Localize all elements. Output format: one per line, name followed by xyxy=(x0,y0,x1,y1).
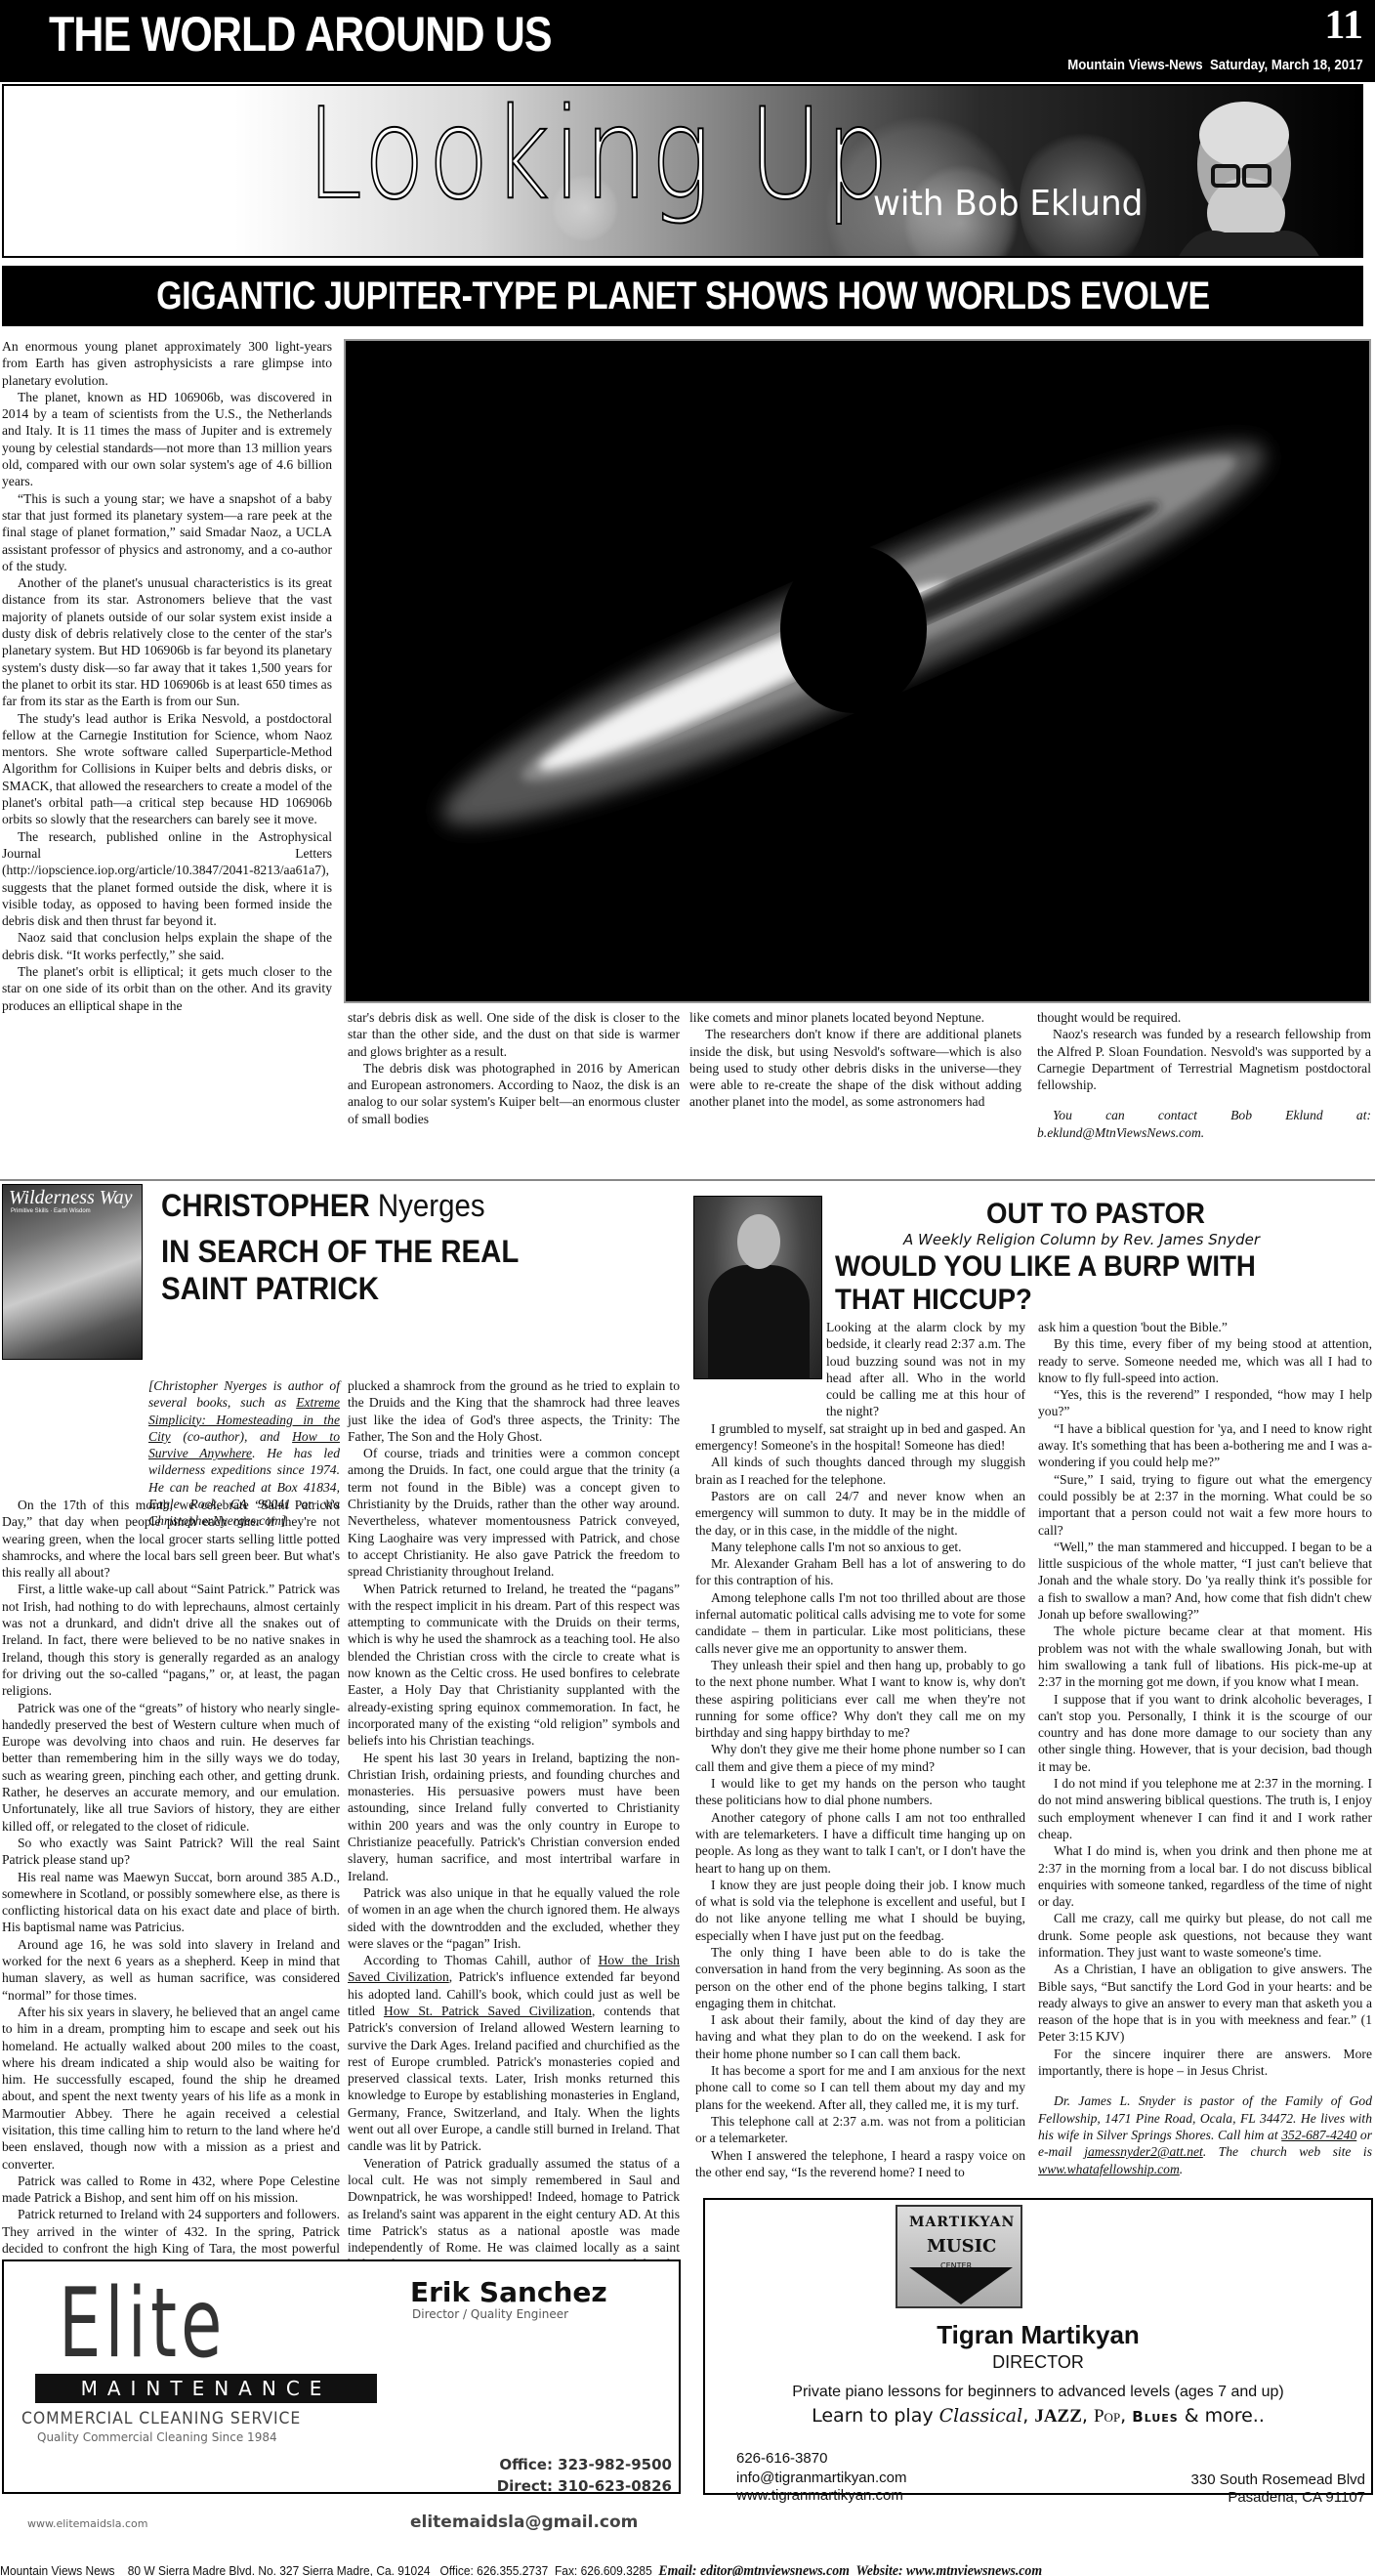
paragraph: So who exactly was Saint Patrick? Will t… xyxy=(2,1835,340,1869)
columnist-name: CHRISTOPHER Nyerges xyxy=(161,1188,485,1224)
paragraph: The study's lead author is Erika Nesvold… xyxy=(2,710,332,828)
snyder-column-1: Looking at the alarm clock by my bedside… xyxy=(695,1319,1025,2180)
paragraph-text: According to Thomas Cahill, author of xyxy=(363,1953,599,1967)
lead-headline-bar: GIGANTIC JUPITER-TYPE PLANET SHOWS HOW W… xyxy=(2,266,1363,326)
martikyan-email: info@tigranmartikyan.com xyxy=(736,2470,906,2486)
bob-eklund-portrait xyxy=(1137,96,1322,258)
paragraph: The whole picture became clear at that m… xyxy=(1038,1623,1372,1690)
martikyan-styles: Learn to play Classical, JAZZ, Pop, Blue… xyxy=(703,2405,1373,2428)
logo-piano-keys xyxy=(909,2267,1013,2304)
martikyan-address-line1: 330 South Rosemead Blvd xyxy=(1191,2471,1365,2488)
nyerges-column-1: On the 17th of this month, we celebrate … xyxy=(2,1497,340,2342)
paragraph: Looking at the alarm clock by my bedside… xyxy=(695,1319,1025,1420)
author-contact: You can contact Bob Eklund at: b.eklund@… xyxy=(1037,1107,1371,1141)
headline-line: THAT HICCUP? xyxy=(835,1284,1256,1317)
paragraph: “I have a biblical question for 'ya, and… xyxy=(1038,1420,1372,1471)
paragraph: like comets and minor planets located be… xyxy=(689,1009,1021,1026)
lead-article-column-3: like comets and minor planets located be… xyxy=(689,1009,1021,1111)
paragraph: The research, published online in the As… xyxy=(2,828,332,930)
elite-office-phone: Office: 323-982-9500 xyxy=(499,2456,672,2473)
footer-office-phone: Office: 626.355.2737 xyxy=(439,2563,548,2576)
paragraph: First, a little wake-up call about “Sain… xyxy=(2,1581,340,1699)
paragraph: ask him a question 'bout the Bible.” xyxy=(1038,1319,1372,1335)
elite-direct-phone: Direct: 310-623-0826 xyxy=(497,2477,672,2495)
paragraph: Another of the planet's unusual characte… xyxy=(2,574,332,709)
paragraph: When Patrick returned to Ireland, he tre… xyxy=(348,1581,680,1750)
martikyan-address-line2: Pasadena, CA 91107 xyxy=(1228,2489,1365,2506)
martikyan-description: Private piano lessons for beginners to a… xyxy=(703,2384,1373,2401)
lead-article-column-1: An enormous young planet approximately 3… xyxy=(2,338,332,1014)
wilderness-way-photo: Wilderness Way Primitive Skills · Earth … xyxy=(2,1184,143,1360)
martikyan-name: Tigran Martikyan xyxy=(703,2320,1373,2350)
headline-line: WOULD YOU LIKE A BURP WITH xyxy=(835,1250,1256,1284)
bio-text: . xyxy=(1180,2162,1183,2176)
paragraph: All kinds of such thoughts danced throug… xyxy=(695,1454,1025,1488)
paragraph: “Sure,” I said, trying to figure out wha… xyxy=(1038,1471,1372,1539)
author-bio: Dr. James L. Snyder is pastor of the Fam… xyxy=(1038,2092,1372,2176)
paragraph: The debris disk was photographed in 2016… xyxy=(348,1060,680,1127)
paragraph: The researchers don't know if there are … xyxy=(689,1026,1021,1110)
lead-article-column-4: thought would be required. Naoz's resear… xyxy=(1037,1009,1371,1141)
style-classical: Classical xyxy=(939,2405,1023,2427)
paragraph: Of course, triads and trinities were a c… xyxy=(348,1445,680,1580)
style-jazz: JAZZ xyxy=(1034,2406,1082,2427)
column-subtitle: A Weekly Religion Column by Rev. James S… xyxy=(903,1231,1260,1248)
martikyan-phone: 626-616-3870 xyxy=(736,2450,827,2467)
paragraph: plucked a shamrock from the ground as he… xyxy=(348,1377,680,1445)
section-title: THE WORLD AROUND US xyxy=(49,6,552,63)
snyder-headline: WOULD YOU LIKE A BURP WITH THAT HICCUP? xyxy=(835,1250,1256,1317)
elite-contact-role: Director / Quality Engineer xyxy=(412,2307,568,2321)
paragraph: Why don't they give me their home phone … xyxy=(695,1741,1025,1775)
elite-email: elitemaidsla@gmail.com xyxy=(410,2513,638,2532)
nyerges-column-2: plucked a shamrock from the ground as he… xyxy=(348,1377,680,2324)
learn-text: Learn to play xyxy=(812,2405,939,2427)
elite-service: COMMERCIAL CLEANING SERVICE xyxy=(21,2409,301,2428)
paragraph: An enormous young planet approximately 3… xyxy=(2,338,332,389)
paragraph: The planet, known as HD 106906b, was dis… xyxy=(2,389,332,490)
publication-date: Mountain Views-News Saturday, March 18, … xyxy=(1067,57,1363,73)
email-link[interactable]: jamessnyder2@att.net xyxy=(1084,2144,1203,2159)
paragraph: Mr. Alexander Graham Bell has a lot of a… xyxy=(695,1555,1025,1589)
page-number: 11 xyxy=(1324,2,1363,49)
paragraph: By this time, every fiber of my being st… xyxy=(1038,1335,1372,1386)
paragraph: On the 17th of this month, we celebrate … xyxy=(2,1497,340,1581)
paragraph: I ask about their family, about the kind… xyxy=(695,2011,1025,2062)
footer-fax: Fax: 626.609.3285 xyxy=(555,2563,652,2576)
paragraph: He spent his last 30 years in Ireland, b… xyxy=(348,1750,680,1884)
elite-maintenance-bar: MAINTENANCE xyxy=(35,2374,377,2403)
snyder-column-2: ask him a question 'bout the Bible.” By … xyxy=(1038,1319,1372,2177)
paragraph: Another category of phone calls I am not… xyxy=(695,1809,1025,1877)
paragraph: The only thing I have been able to do is… xyxy=(695,1944,1025,2011)
learn-text: & more.. xyxy=(1179,2405,1265,2427)
debris-disk-image xyxy=(344,339,1371,1003)
columnist-first-name: CHRISTOPHER xyxy=(161,1188,370,1223)
paragraph: When I answered the telephone, I heard a… xyxy=(695,2147,1025,2181)
columnist-last-name: Nyerges xyxy=(370,1188,485,1223)
footer-website: Website: www.mtnviewsnews.com xyxy=(856,2563,1043,2576)
paragraph: I suppose that if you want to drink alco… xyxy=(1038,1691,1372,1775)
paragraph: Many telephone calls I'm not so anxious … xyxy=(695,1539,1025,1555)
debris-disk-illustration xyxy=(346,341,1371,1003)
lead-article-column-2: star's debris disk as well. One side of … xyxy=(348,1009,680,1127)
elite-contact-name: Erik Sanchez xyxy=(410,2276,607,2308)
paragraph: Patrick was one of the “greats” of histo… xyxy=(2,1700,340,1835)
paragraph: As a Christian, I have an obligation to … xyxy=(1038,1961,1372,2045)
issue-date: Saturday, March 18, 2017 xyxy=(1210,57,1363,73)
paragraph: Around age 16, he was sold into slavery … xyxy=(2,1936,340,2004)
logo-text: MUSIC xyxy=(927,2236,996,2257)
paragraph: Call me crazy, call me quirky but please… xyxy=(1038,1910,1372,1961)
paragraph: “This is such a young star; we have a sn… xyxy=(2,490,332,574)
footer-email: Email: editor@mtnviewsnews.com xyxy=(658,2563,849,2576)
martikyan-role: DIRECTOR xyxy=(703,2352,1373,2373)
elite-tagline: Quality Commercial Cleaning Since 1984 xyxy=(37,2430,277,2444)
paragraph: Among telephone calls I'm not too thrill… xyxy=(695,1589,1025,1657)
photo-subcaption: Primitive Skills · Earth Wisdom xyxy=(11,1208,91,1214)
book-title: How St. Patrick Saved Civilization xyxy=(384,2004,592,2018)
paragraph: They unleash their spiel and then hang u… xyxy=(695,1657,1025,1741)
martikyan-logo: MARTIKYAN MUSIC CENTER xyxy=(896,2205,1022,2308)
paragraph: For the sincere inquirer there are answe… xyxy=(1038,2046,1372,2080)
lead-headline: GIGANTIC JUPITER-TYPE PLANET SHOWS HOW W… xyxy=(156,274,1210,318)
paragraph: Naoz said that conclusion helps explain … xyxy=(2,929,332,963)
elite-logo: Elite xyxy=(59,2268,227,2380)
logo-text: CENTER xyxy=(940,2261,972,2270)
paragraph: The planet's orbit is elliptical; it get… xyxy=(2,963,332,1014)
martikyan-website: www.tigranmartikyan.com xyxy=(736,2487,903,2504)
paragraph: This telephone call at 2:37 a.m. was not… xyxy=(695,2113,1025,2147)
bio-text: (co-author), and xyxy=(171,1429,292,1444)
looking-up-banner: Looking Up with Bob Eklund xyxy=(2,84,1363,258)
footer-publication: Mountain Views News xyxy=(0,2563,114,2576)
footer-address: 80 W Sierra Madre Blvd. No. 327 Sierra M… xyxy=(128,2563,431,2576)
banner-byline: with Bob Eklund xyxy=(873,184,1143,224)
bio-text: . The church web site is xyxy=(1203,2144,1372,2159)
nyerges-headline: IN SEARCH OF THE REAL SAINT PATRICK xyxy=(161,1233,519,1307)
paragraph: star's debris disk as well. One side of … xyxy=(348,1009,680,1060)
paragraph-text: , contends that Patrick's conversion of … xyxy=(348,2004,680,2153)
paragraph: Naoz's research was funded by a research… xyxy=(1037,1026,1371,1093)
photo-figure xyxy=(737,1214,780,1269)
paragraph: After his six years in slavery, he belie… xyxy=(2,2004,340,2173)
phone-link[interactable]: 352-687-4240 xyxy=(1281,2128,1356,2142)
paragraph: “Well,” the man stammered and hiccupped.… xyxy=(1038,1539,1372,1623)
paragraph: I would like to get my hands on the pers… xyxy=(695,1775,1025,1809)
paragraph: It has become a sport for me and I am an… xyxy=(695,2062,1025,2113)
paragraph: I know they are just people doing their … xyxy=(695,1877,1025,1944)
paragraph: His real name was Maewyn Succat, born ar… xyxy=(2,1869,340,1936)
banner-title: Looking Up xyxy=(307,84,892,228)
paragraph: What I do mind is, when you drink and th… xyxy=(1038,1842,1372,1910)
elite-website: www.elitemaidsla.com xyxy=(27,2517,147,2530)
section-divider xyxy=(0,1179,1375,1181)
logo-text: MARTIKYAN xyxy=(909,2215,1015,2230)
paragraph: Patrick was also unique in that he equal… xyxy=(348,1884,680,1952)
style-pop: Pop xyxy=(1094,2406,1120,2427)
style-blues: Blues xyxy=(1132,2408,1178,2426)
photo-caption: Wilderness Way xyxy=(9,1187,132,1209)
headline-line: IN SEARCH OF THE REAL xyxy=(161,1233,519,1270)
paragraph: Pastors are on call 24/7 and never know … xyxy=(695,1488,1025,1539)
column-title: OUT TO PASTOR xyxy=(986,1198,1205,1231)
paragraph: According to Thomas Cahill, author of Ho… xyxy=(348,1952,680,2155)
website-link[interactable]: www.whatafellowship.com xyxy=(1038,2162,1180,2176)
paragraph: “Yes, this is the reverend” I responded,… xyxy=(1038,1386,1372,1420)
page-footer: Mountain Views News 80 W Sierra Madre Bl… xyxy=(0,2563,1265,2576)
publication-name: Mountain Views-News xyxy=(1067,57,1202,73)
paragraph: thought would be required. xyxy=(1037,1009,1371,1026)
paragraph: I do not mind if you telephone me at 2:3… xyxy=(1038,1775,1372,1842)
headline-line: SAINT PATRICK xyxy=(161,1270,519,1307)
paragraph: Patrick was called to Rome in 432, where… xyxy=(2,2173,340,2207)
paragraph: I grumbled to myself, sat straight up in… xyxy=(695,1420,1025,1455)
